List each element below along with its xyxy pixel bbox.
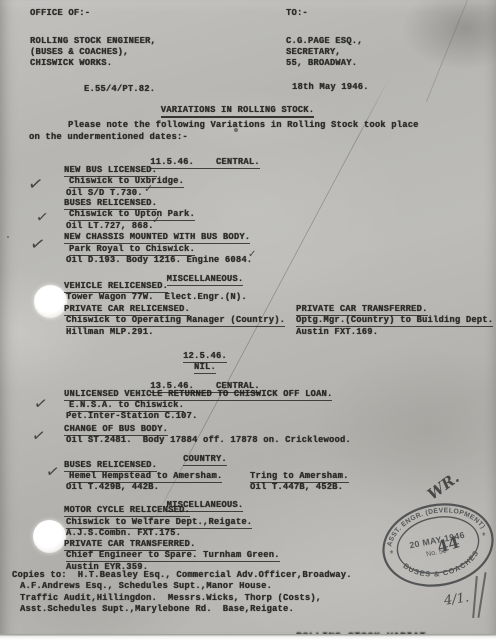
misc-heading: MISCELLANEOUS. (167, 274, 244, 286)
recipient-line-3: 55, BROADWAY. (286, 58, 357, 68)
entry-detail: A.J.S.Combn. FXT.175. (66, 528, 181, 538)
entry-route: E.N.S.A. to Chiswick. (69, 400, 184, 412)
copies-line-4: Asst.Schedules Supt.,Marylebone Rd. Base… (20, 604, 294, 614)
entry-detail: Tower Wagon 77W. Elect.Engr.(N). (66, 292, 247, 302)
entry-heading-buses-relicensed: BUSES RELICENSED. (64, 198, 157, 210)
entry-heading-private-car-transferred: PRIVATE CAR TRANSFERRED. (64, 539, 196, 551)
checkmark: ✓ (35, 209, 50, 226)
section-heading-11-5-46: 11.5.46. CENTRAL. (150, 157, 260, 169)
sender-line-1: ROLLING STOCK ENGINEER, (30, 36, 156, 46)
entry-detail: Oil T.447B, 452B. (250, 482, 343, 492)
sender-line-3: CHISWICK WORKS. (30, 58, 112, 68)
office-of-label: OFFICE OF:- (30, 8, 90, 18)
entry-heading-new-bus-licensed: NEW BUS LICENSED. (64, 165, 157, 177)
stamp-star-left: * (389, 549, 395, 561)
checkmark: ✓ (28, 235, 47, 256)
entry-detail: Oil S/D T.730. (66, 188, 143, 198)
entry-detail: Pet.Inter-Station C.107. (66, 411, 198, 421)
entry-heading-new-chassis: NEW CHASSIS MOUNTED WITH BUS BODY. (64, 232, 250, 244)
ink-fleck (7, 236, 9, 238)
to-label: TO:- (286, 8, 308, 18)
copies-line-2: A.F.Andrews Esq., Schedules Supt.,Manor … (20, 581, 272, 591)
checkmark: ✓ (248, 250, 256, 260)
intro-line-2: on the undermentioned dates:- (29, 132, 188, 142)
entry-detail: Oil ST.2481. Body 17884 off. 17878 on. C… (66, 435, 351, 445)
stamp-star-right: * (481, 531, 487, 543)
nil-value: NIL. (194, 362, 216, 374)
intro-line-1: Please note the following Variations in … (68, 120, 419, 130)
entry-heading-change-of-bus-body: CHANGE OF BUS BODY. (64, 424, 168, 436)
entry-detail: Hillman MLP.291. (66, 327, 154, 337)
crease-line-top-right (426, 0, 468, 102)
checkmark: ✓ (45, 463, 61, 481)
entry-route: Tring to Amersham. (250, 471, 349, 483)
checkmark: ✓ (31, 427, 47, 445)
checkmark: ✓ (33, 395, 49, 413)
copies-line-3: Traffic Audit,Hillingdon. Messrs.Wicks, … (20, 593, 321, 603)
entry-route: Chief Engineer to Spare. Turnham Green. (66, 550, 280, 562)
entry-route: Optg.Mgr.(Country) to Building Dept. (296, 315, 493, 327)
sender-line-2: (BUSES & COACHES), (30, 47, 129, 57)
hole-punch-bottom (33, 520, 66, 553)
entry-route: Chiswick to Welfare Dept.,Reigate. (66, 517, 252, 529)
entry-route: Chiswick to Uxbridge. (69, 176, 184, 188)
entry-heading-private-car-relicensed: PRIVATE CAR RELICENSED. (64, 304, 190, 316)
entry-heading-vehicle-relicensed: VEHICLE RELICENSED. (64, 281, 168, 293)
entry-heading-motor-cycle-relicensed: MOTOR CYCLE RELICENSED. (64, 505, 190, 517)
entry-heading-buses-relicensed-country: BUSES RELICENSED. (64, 460, 157, 472)
entry-route: Chiswick to Operating Manager (Country). (66, 315, 285, 327)
handwritten-fraction: 4/1. (443, 590, 470, 608)
document-title: VARIATIONS IN ROLLING STOCK. (161, 105, 314, 118)
scan-bottom-edge (0, 634, 496, 640)
checkmark: ✓ (27, 175, 45, 195)
entry-route: Park Royal to Chiswick. (69, 244, 195, 256)
entry-detail: Austin FXT.169. (296, 327, 378, 337)
reference-number: E.55/4/PT.82. (84, 84, 155, 94)
scanned-memo-page: OFFICE OF:- ROLLING STOCK ENGINEER, (BUS… (0, 0, 496, 640)
hole-punch-top (34, 285, 67, 318)
checkmark: ✓ (152, 216, 160, 226)
entry-detail: Oil T.429B, 442B. (66, 482, 159, 492)
copies-line-1: Copies to: H.T.Beasley Esq., Commercial … (12, 570, 352, 580)
recipient-line-1: C.G.PAGE ESQ., (286, 36, 363, 46)
entry-heading-unlicensed-returned: UNLICENSED VEHICLE RETURNED TO CHISWICK … (64, 389, 332, 401)
recipient-line-2: SECRETARY, (286, 47, 341, 57)
checkmark: ✓ (144, 183, 153, 194)
entry-detail: Oil D.193. Body 1216. Engine 6084. (66, 255, 252, 265)
letter-date: 18th May 1946. (292, 82, 369, 92)
rubber-stamp: ASST. ENGR. (DEVELOPMENT) BUSES & COACHE… (372, 491, 496, 600)
entry-detail: Oil LT.727, 868. (66, 221, 154, 231)
country-heading: COUNTRY. (183, 454, 227, 466)
entry-route: Chiswick to Upton Park. (69, 209, 195, 221)
entry-heading-private-car-transferred: PRIVATE CAR TRANSFERRED. (296, 304, 428, 316)
entry-route: Hemel Hempstead to Amersham. (69, 471, 222, 483)
